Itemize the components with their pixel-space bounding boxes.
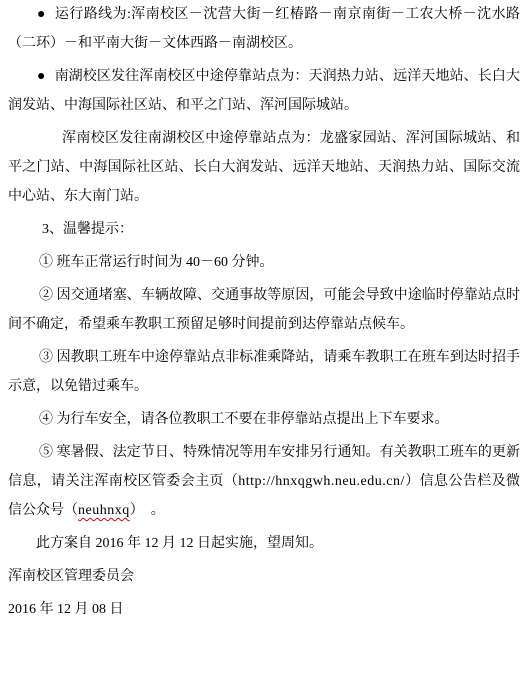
tip-3-text: ③ 因教职工班车中途停靠站点非标准乘降站，请乘车教职工在班车到达时招手示意，以免… bbox=[8, 350, 520, 394]
tip-5-text-after: ） 。 bbox=[130, 503, 165, 518]
document-page: ●运行路线为:浑南校区－沈营大街－红椿路－南京南街－工农大桥－沈水路（二环）－和… bbox=[0, 0, 528, 699]
closing-statement: 此方案自 2016 年 12 月 12 日起实施，望周知。 bbox=[8, 529, 520, 558]
paragraph-stops-to-nanhu: 浑南校区发往南湖校区中途停靠站点为：龙盛家园站、浑河国际城站、和平之门站、中海国… bbox=[8, 124, 520, 211]
paragraph-route-line: ●运行路线为:浑南校区－沈营大街－红椿路－南京南街－工农大桥－沈水路（二环）－和… bbox=[8, 0, 520, 58]
tip-item-5: ⑤ 寒暑假、法定节日、特殊情况等用车安排另行通知。有关教职工班车的更新信息，请关… bbox=[8, 438, 520, 525]
bullet-icon: ● bbox=[37, 62, 45, 91]
tip-item-3: ③ 因教职工班车中途停靠站点非标准乘降站，请乘车教职工在班车到达时招手示意，以免… bbox=[8, 343, 520, 401]
route-line-text: 运行路线为:浑南校区－沈营大街－红椿路－南京南街－工农大桥－沈水路（二环）－和平… bbox=[8, 7, 520, 51]
homepage-url-text: http://hnxqgwh.neu.edu.cn/ bbox=[238, 474, 405, 489]
tip-1-text: ① 班车正常运行时间为 40－60 分钟。 bbox=[39, 255, 274, 270]
wechat-id-text: neuhnxq bbox=[78, 503, 130, 518]
paragraph-stops-to-hunnan: ●南湖校区发往浑南校区中途停靠站点为：天润热力站、远洋天地站、长白大润发站、中海… bbox=[8, 62, 520, 120]
signature-text: 浑南校区管理委员会 bbox=[8, 569, 134, 584]
tip-4-text: ④ 为行车安全，请各位教职工不要在非停靠站点提出上下车要求。 bbox=[39, 412, 449, 427]
stops-to-hunnan-text: 南湖校区发往浑南校区中途停靠站点为：天润热力站、远洋天地站、长白大润发站、中海国… bbox=[8, 69, 520, 113]
tip-item-4: ④ 为行车安全，请各位教职工不要在非停靠站点提出上下车要求。 bbox=[8, 405, 520, 434]
tip-item-1: ① 班车正常运行时间为 40－60 分钟。 bbox=[8, 248, 520, 277]
stops-to-nanhu-text: 浑南校区发往南湖校区中途停靠站点为：龙盛家园站、浑河国际城站、和平之门站、中海国… bbox=[8, 131, 520, 204]
bullet-icon: ● bbox=[37, 0, 45, 29]
tip-item-2: ② 因交通堵塞、车辆故障、交通事故等原因，可能会导致中途临时停靠站点时间不确定，… bbox=[8, 281, 520, 339]
tips-heading-text: 3、温馨提示： bbox=[42, 222, 133, 237]
issue-date: 2016 年 12 月 08 日 bbox=[8, 595, 520, 624]
tip-2-text: ② 因交通堵塞、车辆故障、交通事故等原因，可能会导致中途临时停靠站点时间不确定，… bbox=[8, 288, 520, 332]
closing-statement-text: 此方案自 2016 年 12 月 12 日起实施，望周知。 bbox=[36, 536, 323, 551]
issue-date-text: 2016 年 12 月 08 日 bbox=[8, 602, 124, 617]
section-heading-tips: 3、温馨提示： bbox=[8, 215, 520, 244]
signature: 浑南校区管理委员会 bbox=[8, 562, 520, 591]
